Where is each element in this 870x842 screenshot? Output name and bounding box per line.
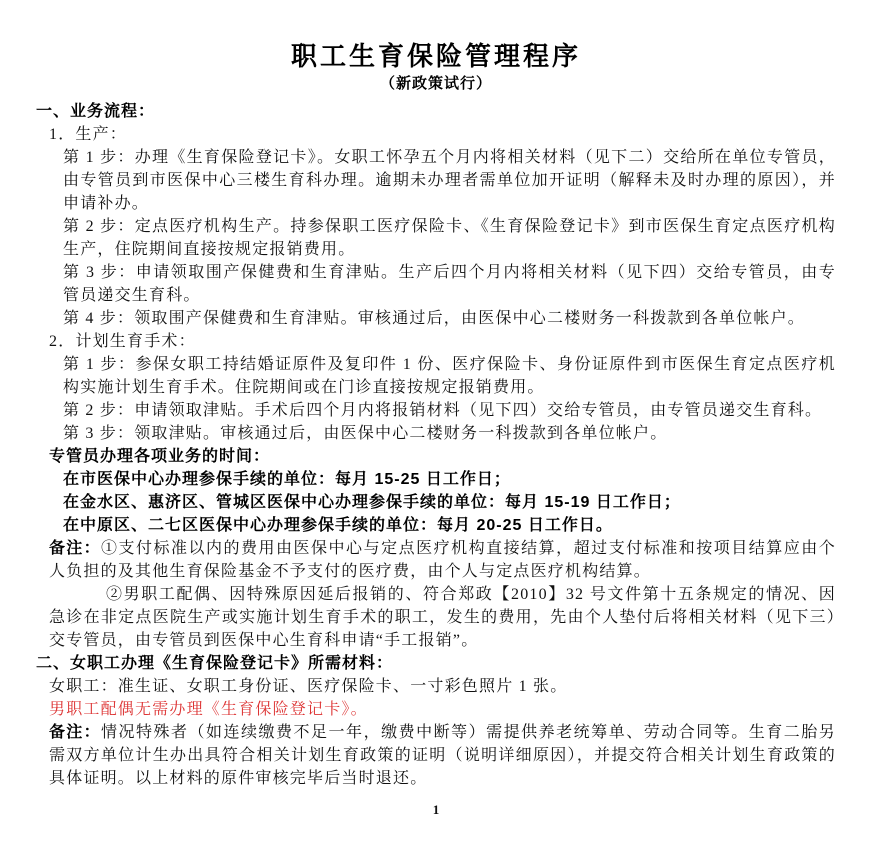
materials-line: 女职工：准生证、女职工身份证、医疗保险卡、一寸彩色照片 1 张。: [49, 675, 836, 698]
note: 备注：情况特殊者（如连续缴费不足一年，缴费中断等）需提供养老统筹单、劳动合同等。…: [49, 721, 836, 790]
note: 备注：①支付标准以内的费用由医保中心与定点医疗机构直接结算，超过支付标准和按项目…: [49, 537, 836, 583]
schedule-line: 在中原区、二七区医保中心办理参保手续的单位：每月 20-25 日工作日。: [63, 514, 836, 537]
note-continued: ②男职工配偶、因特殊原因延后报销的、符合郑政【2010】32 号文件第十五条规定…: [49, 583, 836, 652]
step: 第 2 步：定点医疗机构生产。持参保职工医疗保险卡、《生育保险登记卡》到市医保生…: [63, 215, 836, 261]
page-number: 1: [36, 801, 836, 819]
list-heading: 1．生产：: [49, 123, 836, 146]
step: 第 3 步：领取津贴。审核通过后，由医保中心二楼财务一科拨款到各单位帐户。: [63, 422, 836, 445]
step: 第 1 步：办理《生育保险登记卡》。女职工怀孕五个月内将相关材料（见下二）交给所…: [63, 146, 836, 215]
note-label: 备注：: [49, 724, 101, 741]
step: 第 1 步：参保女职工持结婚证原件及复印件 1 份、医疗保险卡、身份证原件到市医…: [63, 353, 836, 399]
step: 第 3 步：申请领取围产保健费和生育津贴。生产后四个月内将相关材料（见下四）交给…: [63, 261, 836, 307]
step: 第 4 步：领取围产保健费和生育津贴。审核通过后，由医保中心二楼财务一科拨款到各…: [63, 307, 836, 330]
note-label: 备注：: [49, 540, 101, 557]
list-heading: 2．计划生育手术：: [49, 330, 836, 353]
schedule-line: 在金水区、惠济区、管城区医保中心办理参保手续的单位：每月 15-19 日工作日；: [63, 491, 836, 514]
document-body: 一、业务流程：1．生产：第 1 步：办理《生育保险登记卡》。女职工怀孕五个月内将…: [36, 100, 836, 790]
section-heading: 二、女职工办理《生育保险登记卡》所需材料：: [36, 652, 836, 675]
red-notice: 男职工配偶无需办理《生育保险登记卡》。: [49, 698, 836, 721]
document-title: 职工生育保险管理程序: [36, 40, 836, 72]
document-subtitle: （新政策试行）: [36, 72, 836, 96]
section-heading: 一、业务流程：: [36, 100, 836, 123]
document-page: 职工生育保险管理程序 （新政策试行） 一、业务流程：1．生产：第 1 步：办理《…: [0, 0, 870, 842]
schedule-line: 在市医保中心办理参保手续的单位：每月 15-25 日工作日；: [63, 468, 836, 491]
schedule-heading: 专管员办理各项业务的时间：: [49, 445, 836, 468]
step: 第 2 步：申请领取津贴。手术后四个月内将报销材料（见下四）交给专管员，由专管员…: [63, 399, 836, 422]
